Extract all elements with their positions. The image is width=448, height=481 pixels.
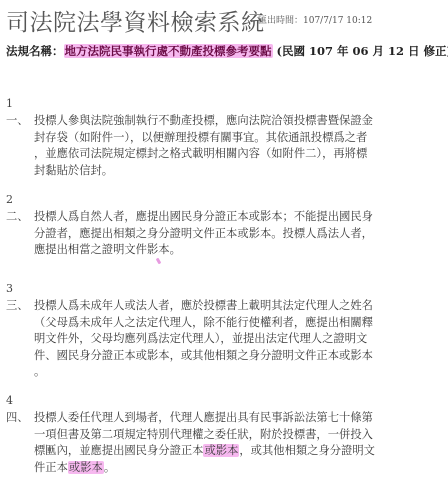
export-time: 匯出時間：107/7/17 10:12	[258, 13, 372, 26]
article-line: 。	[34, 364, 446, 381]
line-text: ，或其他相類之身分證明文	[239, 444, 375, 457]
article-line: ，並應依司法院規定標封之格式載明相關內容（如附件二），再將標	[34, 146, 446, 163]
line-text: 。	[104, 461, 115, 474]
site-title: 司法院法學資料檢索系統	[6, 4, 265, 37]
article-line: 投標人爲自然人者，應提出國民身分證正本或影本；不能提出國民身	[34, 209, 446, 226]
article-prefix: 三、	[6, 298, 34, 381]
law-name-highlighted[interactable]: 地方法院民事執行處不動產投標參考要點	[64, 44, 273, 58]
law-name-row: 法規名稱：地方法院民事執行處不動產投標參考要點(民國 107 年 06 月 12…	[6, 43, 448, 59]
article-line: 件正本或影本。	[34, 460, 446, 477]
article-3: 3 三、 投標人爲未成年人或法人者，應於投標書上載明其法定代理人之姓名 （父母爲…	[6, 282, 446, 381]
article-2: 2 二、 投標人爲自然人者，應提出國民身分證正本或影本；不能提出國民身 分證者，…	[6, 193, 446, 259]
line-text: 標匭內，並應提出國民身分證正本	[34, 444, 203, 457]
article-line: 明文件外，父母均應列爲法定代理人），並提出法定代理人之證明文	[34, 331, 446, 348]
article-prefix: 四、	[6, 410, 34, 476]
article-prefix: 二、	[6, 209, 34, 259]
article-prefix: 一、	[6, 113, 34, 179]
article-number: 4	[6, 394, 446, 410]
article-line: 分證者，應提出相類之身分證明文件正本或影本。投標人爲法人者，	[34, 226, 446, 243]
law-name-label: 法規名稱：	[6, 44, 64, 58]
article-number: 2	[6, 193, 446, 209]
article-line: 標匭內，並應提出國民身分證正本或影本，或其他相類之身分證明文	[34, 443, 446, 460]
article-line: 投標人參與法院強制執行不動產投標，應向法院洽領投標書暨保證金	[34, 113, 446, 130]
article-line: 件、國民身分證正本或影本，或其他相類之身分證明文件正本或影本	[34, 348, 446, 365]
article-line: （父母爲未成年人之法定代理人，除不能行使權利者，應提出相關釋	[34, 315, 446, 332]
search-highlight[interactable]: 或影本	[68, 461, 104, 474]
article-number: 3	[6, 282, 446, 298]
page-header: 司法院法學資料檢索系統 匯出時間：107/7/17 10:12	[6, 4, 446, 34]
article-1: 1 一、 投標人參與法院強制執行不動產投標，應向法院洽領投標書暨保證金 封存袋（…	[6, 97, 446, 179]
article-line: 一項但書及第二項規定特別代理權之委任狀，附於投標書，一併投入	[34, 427, 446, 444]
article-line: 封存袋（如附件一），以便辦理投標有關事宜。其依通訊投標爲之者	[34, 130, 446, 147]
line-text: 件正本	[34, 461, 68, 474]
article-line: 投標人爲未成年人或法人者，應於投標書上載明其法定代理人之姓名	[34, 298, 446, 315]
article-line: 投標人委任代理人到場者，代理人應提出具有民事訴訟法第七十條第	[34, 410, 446, 427]
article-line: 封黏貼於信封。	[34, 163, 446, 180]
article-number: 1	[6, 97, 446, 113]
article-4: 4 四、 投標人委任代理人到場者，代理人應提出具有民事訴訟法第七十條第 一項但書…	[6, 394, 446, 476]
article-line: 應提出相當之證明文件影本。	[34, 242, 446, 259]
search-highlight[interactable]: 或影本	[203, 444, 239, 457]
law-amend-date: (民國 107 年 06 月 12 日 修正)	[277, 44, 448, 58]
